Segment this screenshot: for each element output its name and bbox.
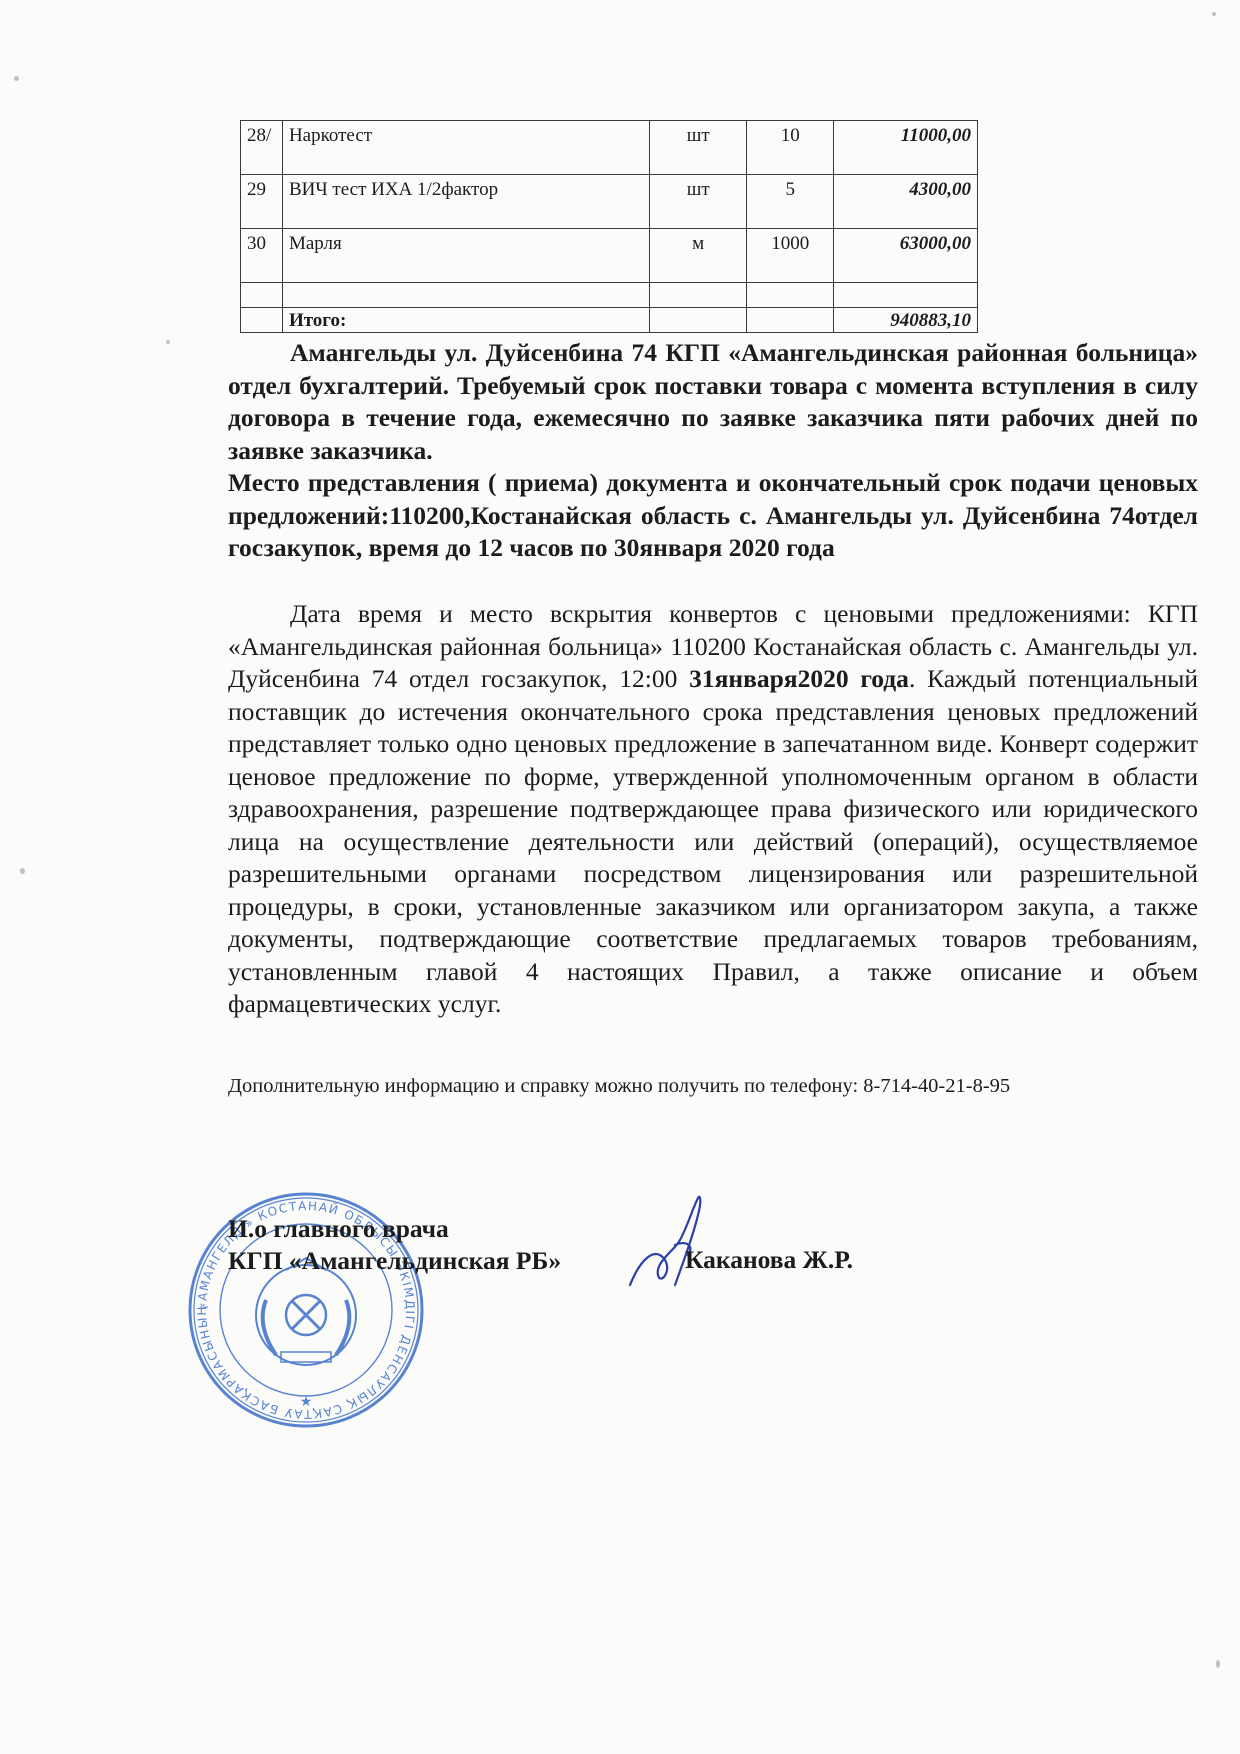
- scan-speck: [14, 76, 19, 81]
- svg-text:★: ★: [300, 1395, 313, 1410]
- item-quantity: 1000: [747, 229, 834, 283]
- empty-cell: [282, 283, 649, 308]
- item-sum: 63000,00: [834, 229, 978, 283]
- row-number: 29: [241, 175, 283, 229]
- empty-cell: [241, 283, 283, 308]
- submission-place-paragraph: Место представления ( приема) документа …: [228, 467, 1198, 565]
- delivery-terms-paragraph: Амангельды ул. Дуйсенбина 74 КГП «Аманге…: [228, 337, 1198, 467]
- envelope-opening-paragraph: Дата время и место вскрытия конвертов с …: [228, 598, 1198, 1021]
- signature-block: И.о главного врача КГП «Амангельдинская …: [228, 1213, 561, 1277]
- empty-cell: [241, 308, 283, 333]
- total-value: 940883,10: [834, 308, 978, 333]
- scan-speck: [166, 340, 170, 344]
- item-sum: 4300,00: [834, 175, 978, 229]
- document-page: 28/ Наркотест шт 10 11000,00 29 ВИЧ тест…: [0, 0, 1240, 1754]
- table-row: 28/ Наркотест шт 10 11000,00: [241, 121, 978, 175]
- row-number: 28/: [241, 121, 283, 175]
- signer-organization: КГП «Амангельдинская РБ»: [228, 1245, 561, 1277]
- item-unit: шт: [650, 175, 747, 229]
- item-unit: шт: [650, 121, 747, 175]
- item-name: Марля: [282, 229, 649, 283]
- scan-speck: [20, 868, 25, 874]
- item-sum: 11000,00: [834, 121, 978, 175]
- total-label: Итого:: [282, 308, 649, 333]
- empty-cell: [747, 308, 834, 333]
- empty-cell: [650, 283, 747, 308]
- empty-cell: [834, 283, 978, 308]
- opening-text-rest: . Каждый потенциальный поставщик до исте…: [228, 664, 1198, 1018]
- item-name: Наркотест: [282, 121, 649, 175]
- row-number: 30: [241, 229, 283, 283]
- table-row: 30 Марля м 1000 63000,00: [241, 229, 978, 283]
- items-table: 28/ Наркотест шт 10 11000,00 29 ВИЧ тест…: [240, 120, 978, 333]
- signer-position: И.о главного врача: [228, 1213, 561, 1245]
- empty-cell: [650, 308, 747, 333]
- scan-speck: [1216, 1660, 1220, 1668]
- table-row-empty: [241, 283, 978, 308]
- table-row-total: Итого: 940883,10: [241, 308, 978, 333]
- item-unit: м: [650, 229, 747, 283]
- item-quantity: 10: [747, 121, 834, 175]
- signer-name: Каканова Ж.Р.: [685, 1245, 853, 1275]
- item-name: ВИЧ тест ИХА 1/2фактор: [282, 175, 649, 229]
- contact-info: Дополнительную информацию и справку можн…: [228, 1075, 1010, 1098]
- empty-cell: [747, 283, 834, 308]
- opening-date: 31января2020 года: [689, 664, 909, 693]
- scan-speck: [1212, 12, 1216, 16]
- item-quantity: 5: [747, 175, 834, 229]
- table-row: 29 ВИЧ тест ИХА 1/2фактор шт 5 4300,00: [241, 175, 978, 229]
